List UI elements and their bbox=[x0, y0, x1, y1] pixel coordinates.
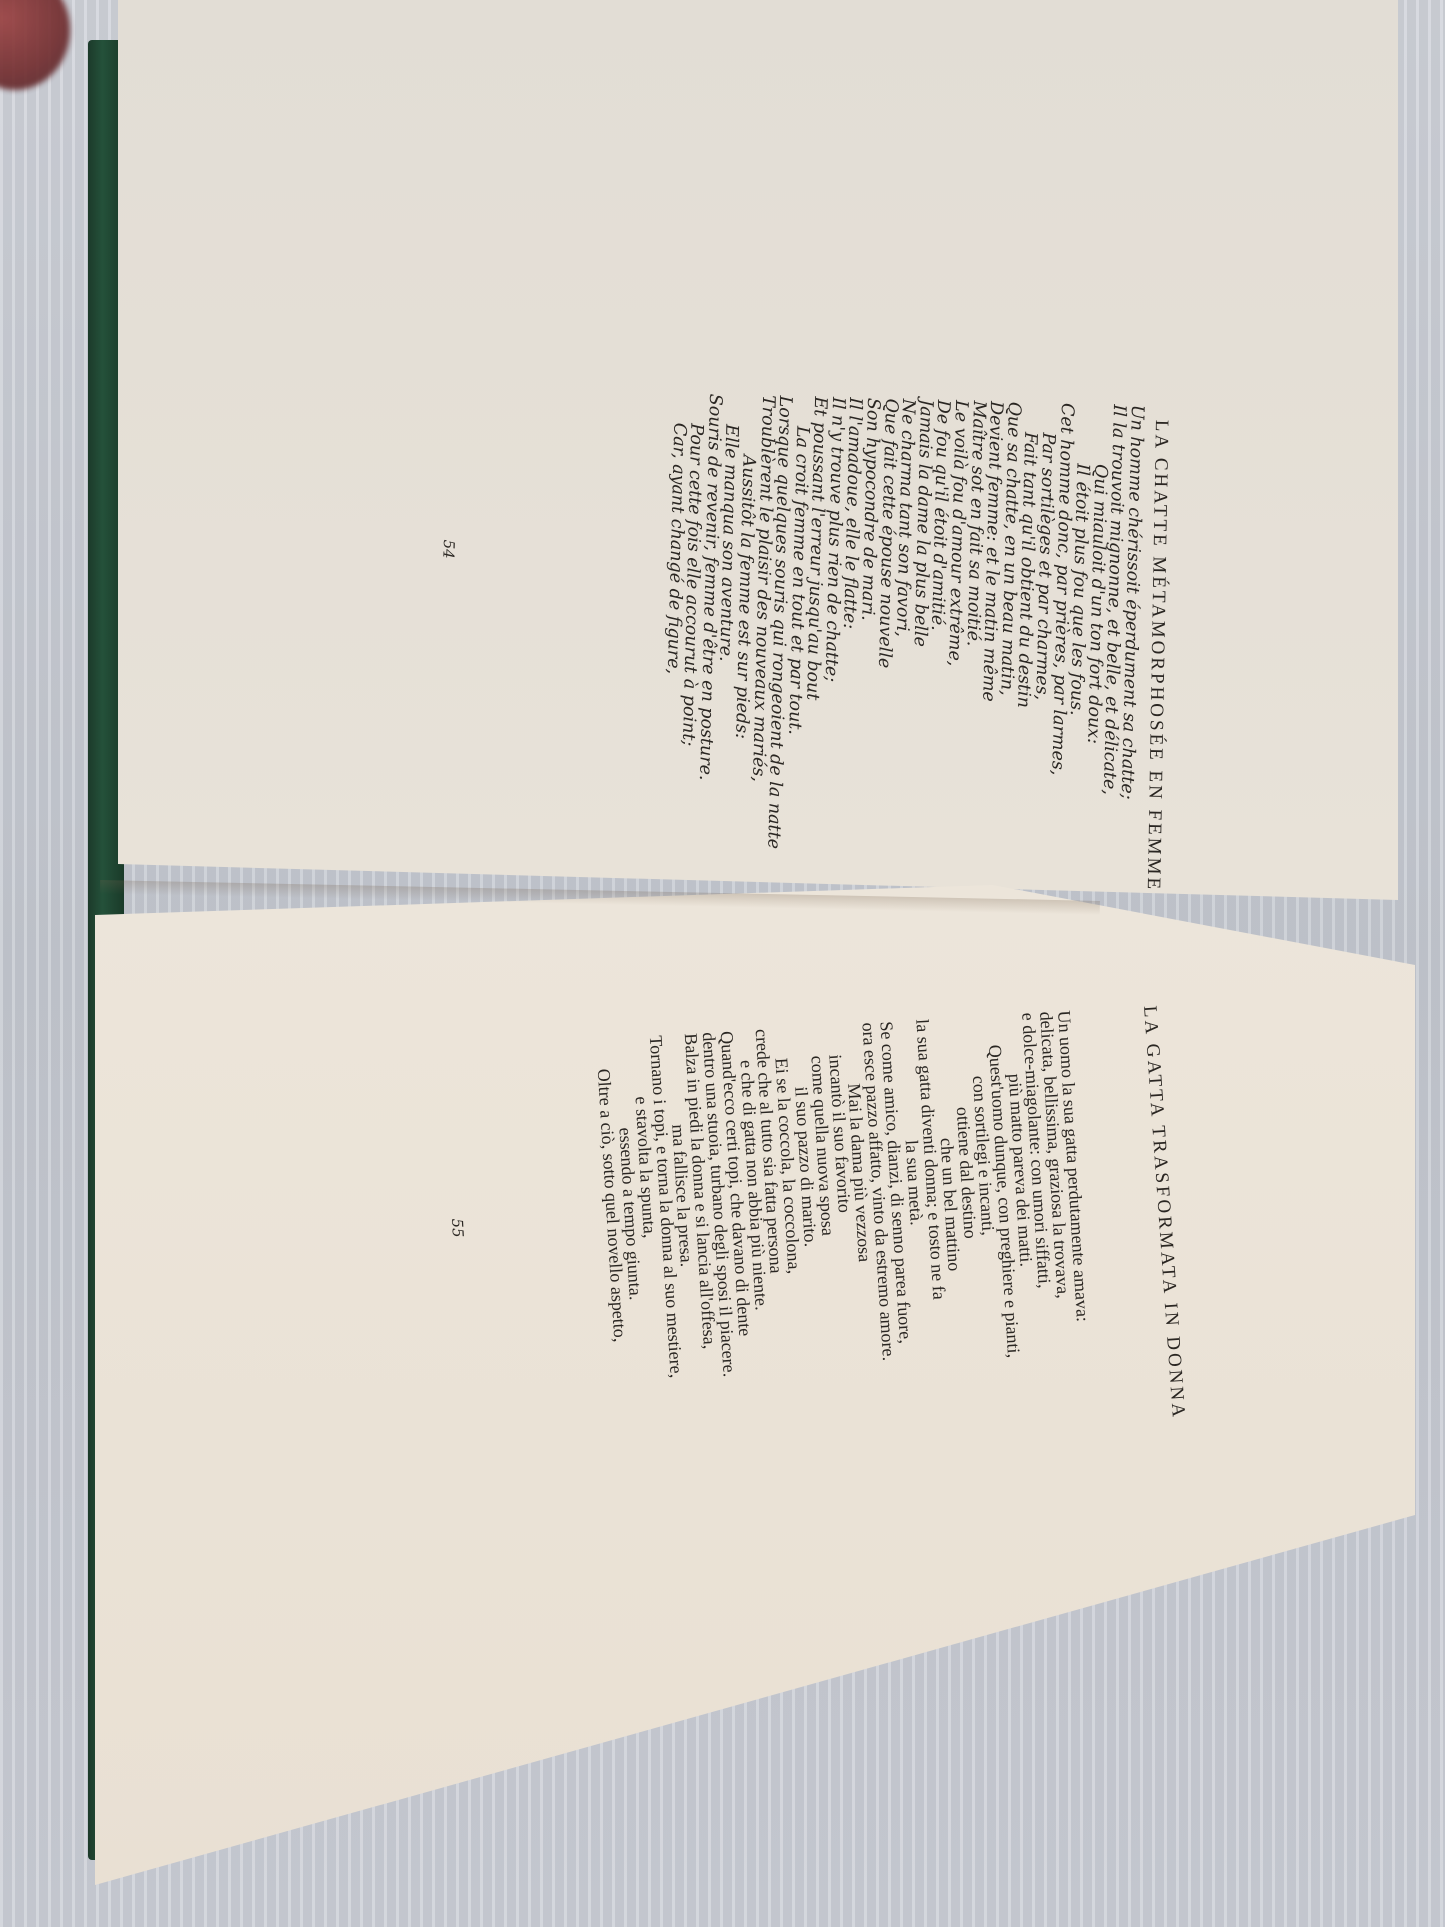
french-poem-text: Un homme chérissoit éperdument sa chatte… bbox=[658, 393, 1145, 859]
page-number-54: 54 bbox=[439, 539, 458, 559]
italian-poem-text: Un uomo la sua gatta perdutamente amava:… bbox=[592, 1010, 1093, 1384]
page-number-55: 55 bbox=[448, 1218, 467, 1238]
